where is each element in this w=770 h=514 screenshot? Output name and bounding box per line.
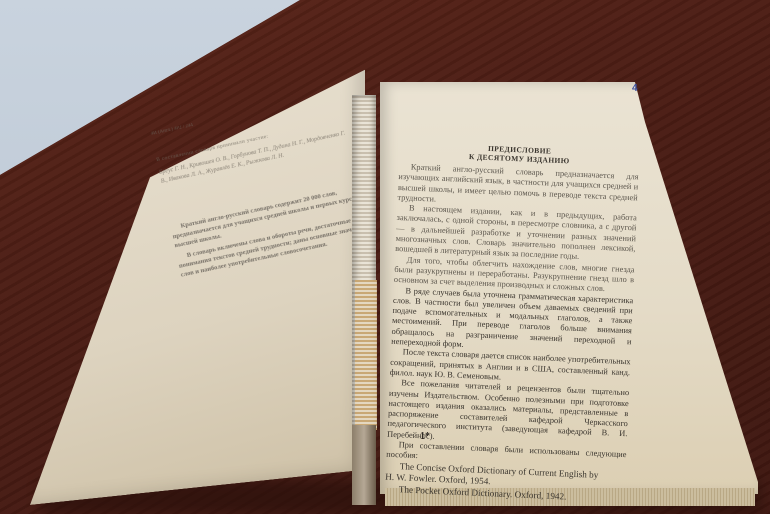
preface-text: ПРЕДИСЛОВИЕ К ДЕСЯТОМУ ИЗДАНИЮ Краткий а… [385,140,640,505]
photo-scene: 4И (Англ.) 4Р2 / 244 В составлении слова… [0,0,770,514]
spine-binding-gauze [355,280,377,430]
thumb-index-tab: 4 [632,83,638,94]
page-number: 1* [420,431,430,442]
spine-bottom [352,425,376,505]
preface-paragraph: В ряде случаев была уточнена грамматичес… [391,285,633,357]
